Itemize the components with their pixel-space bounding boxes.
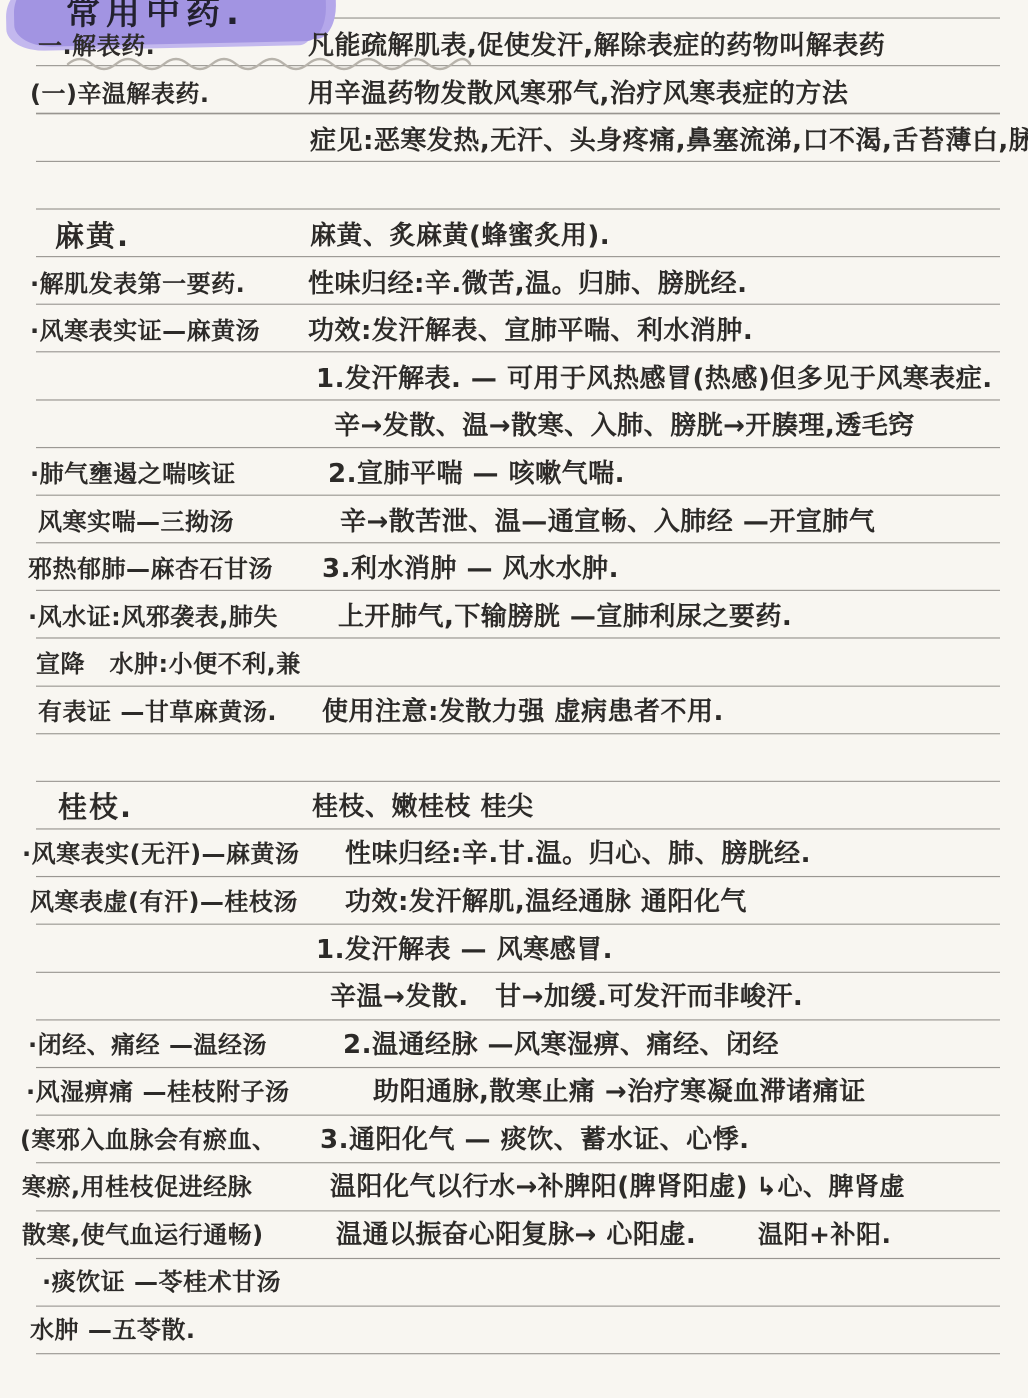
- note-line: 辛温→发散. 甘→加缓.可发汗而非峻汗.: [0, 975, 1028, 1019]
- note-line-right: 3.通阳化气 — 痰饮、蓄水证、心悸.: [320, 1118, 749, 1162]
- note-line: 症见:恶寒发热,无汗、头身疼痛,鼻塞流涕,口不渴,舌苔薄白,脉浮紧: [0, 119, 1028, 163]
- note-line: ·解肌发表第一要药.性味归经:辛.微苦,温。归肺、膀胱经.: [0, 262, 1028, 306]
- note-line-left: ·闭经、痛经 —温经汤: [28, 1023, 267, 1067]
- note-line: 辛→发散、温→散寒、入肺、膀胱→开腠理,透毛窍: [0, 404, 1028, 448]
- note-line: ·风湿痹痛 —桂枝附子汤助阳通脉,散寒止痛 →治疗寒凝血滞诸痛证: [0, 1070, 1028, 1114]
- note-line-right: 症见:恶寒发热,无汗、头身疼痛,鼻塞流涕,口不渴,舌苔薄白,脉浮紧: [310, 119, 1028, 163]
- note-line-left: 邪热郁肺—麻杏石甘汤: [28, 547, 273, 591]
- note-line-left: ·肺气壅遏之喘咳证: [30, 452, 236, 496]
- note-line: 水肿 —五苓散.: [0, 1308, 1028, 1352]
- note-line-right: 性味归经:辛.甘.温。归心、肺、膀胱经.: [345, 832, 811, 876]
- note-line-right: 2.宣肺平喘 — 咳嗽气喘.: [328, 452, 625, 496]
- note-line: 寒瘀,用桂枝促进经脉温阳化气以行水→补脾阳(脾肾阳虚)↳心、脾肾虚: [0, 1165, 1028, 1209]
- note-line-right: 辛温→发散. 甘→加缓.可发汗而非峻汗.: [330, 975, 803, 1019]
- note-line: ·风寒表实(无汗)—麻黄汤性味归经:辛.甘.温。归心、肺、膀胱经.: [0, 832, 1028, 876]
- note-line: 一.解表药.凡能疏解肌表,促使发汗,解除表症的药物叫解表药: [0, 24, 1028, 68]
- note-line: 邪热郁肺—麻杏石甘汤3.利水消肿 — 风水水肿.: [0, 547, 1028, 591]
- note-line-right: 使用注意:发散力强 虚病患者不用.: [322, 690, 724, 734]
- note-line-left: 风寒表虚(有汗)—桂枝汤: [30, 880, 298, 924]
- note-line-left: ·风寒表实证—麻黄汤: [30, 309, 260, 353]
- note-line-left: ·痰饮证 —苓桂术甘汤: [42, 1260, 281, 1304]
- note-line-left: 有表证 —甘草麻黄汤.: [38, 690, 277, 734]
- note-line-far: ↳心、脾肾虚: [756, 1165, 905, 1209]
- note-line-far: 温阳+补阳.: [758, 1213, 891, 1257]
- note-line: 桂枝.桂枝、嫩桂枝 桂尖: [0, 785, 1028, 829]
- note-line-right: 上开肺气,下输膀胱 —宣肺利尿之要药.: [338, 595, 792, 639]
- note-line: 风寒表虚(有汗)—桂枝汤功效:发汗解肌,温经通脉 通阳化气: [0, 880, 1028, 924]
- note-line-right: 2.温通经脉 —风寒湿痹、痛经、闭经: [343, 1023, 779, 1067]
- note-line-left: 散寒,使气血运行通畅): [22, 1213, 264, 1257]
- note-line-right: 桂枝、嫩桂枝 桂尖: [312, 785, 534, 829]
- note-line-left: 麻黄.: [55, 214, 130, 258]
- note-line: 1.发汗解表 — 风寒感冒.: [0, 928, 1028, 972]
- note-line-right: 1.发汗解表 — 风寒感冒.: [316, 928, 613, 972]
- note-line-left: 一.解表药.: [38, 24, 155, 68]
- note-line-left: 风寒实喘—三拗汤: [38, 500, 234, 544]
- note-line-right: 3.利水消肿 — 风水水肿.: [322, 547, 619, 591]
- note-line: ·风水证:风邪袭表,肺失上开肺气,下输膀胱 —宣肺利尿之要药.: [0, 595, 1028, 639]
- note-line: 有表证 —甘草麻黄汤.使用注意:发散力强 虚病患者不用.: [0, 690, 1028, 734]
- note-line: (一)辛温解表药.用辛温药物发散风寒邪气,治疗风寒表症的方法: [0, 72, 1028, 116]
- note-line-right: 功效:发汗解肌,温经通脉 通阳化气: [345, 880, 747, 924]
- note-line-right: 温阳化气以行水→补脾阳(脾肾阳虚): [330, 1165, 748, 1209]
- note-line-left: 寒瘀,用桂枝促进经脉: [22, 1165, 252, 1209]
- note-line: ·肺气壅遏之喘咳证2.宣肺平喘 — 咳嗽气喘.: [0, 452, 1028, 496]
- note-line-left: ·风寒表实(无汗)—麻黄汤: [22, 832, 300, 876]
- note-line: 风寒实喘—三拗汤辛→散苦泄、温—通宣畅、入肺经 —开宣肺气: [0, 500, 1028, 544]
- note-line-right: 功效:发汗解表、宣肺平喘、利水消肿.: [308, 309, 753, 353]
- note-line: 散寒,使气血运行通畅)温通以振奋心阳复脉→ 心阳虚.温阳+补阳.: [0, 1213, 1028, 1257]
- note-line-right: 辛→散苦泄、温—通宣畅、入肺经 —开宣肺气: [340, 500, 875, 544]
- note-line: 1.发汗解表. — 可用于风热感冒(热感)但多见于风寒表症.: [0, 357, 1028, 401]
- note-line-left: 宣降 水肿:小便不利,兼: [36, 642, 301, 686]
- note-line-right: 助阳通脉,散寒止痛 →治疗寒凝血滞诸痛证: [373, 1070, 866, 1114]
- note-line: ·闭经、痛经 —温经汤2.温通经脉 —风寒湿痹、痛经、闭经: [0, 1023, 1028, 1067]
- note-line-right: 辛→发散、温→散寒、入肺、膀胱→开腠理,透毛窍: [334, 404, 915, 448]
- note-line: (寒邪入血脉会有瘀血、3.通阳化气 — 痰饮、蓄水证、心悸.: [0, 1118, 1028, 1162]
- note-line-left: 桂枝.: [58, 785, 133, 829]
- note-line-left: 水肿 —五苓散.: [30, 1308, 195, 1352]
- note-line-left: ·解肌发表第一要药.: [30, 262, 245, 306]
- note-line-right: 麻黄、炙麻黄(蜂蜜炙用).: [310, 214, 610, 258]
- note-line-left: ·风水证:风邪袭表,肺失: [28, 595, 278, 639]
- note-line-right: 凡能疏解肌表,促使发汗,解除表症的药物叫解表药: [308, 24, 885, 68]
- note-line: ·风寒表实证—麻黄汤功效:发汗解表、宣肺平喘、利水消肿.: [0, 309, 1028, 353]
- note-line: ·痰饮证 —苓桂术甘汤: [0, 1260, 1028, 1304]
- note-line-right: 温通以振奋心阳复脉→ 心阳虚.: [336, 1213, 696, 1257]
- note-line-left: (寒邪入血脉会有瘀血、: [20, 1118, 276, 1162]
- note-line-right: 性味归经:辛.微苦,温。归肺、膀胱经.: [308, 262, 748, 306]
- note-line-right: 用辛温药物发散风寒邪气,治疗风寒表症的方法: [308, 72, 848, 116]
- notebook-page: 常用中药. 一.解表药.凡能疏解肌表,促使发汗,解除表症的药物叫解表药(一)辛温…: [0, 0, 1028, 1398]
- note-line-right: 1.发汗解表. — 可用于风热感冒(热感)但多见于风寒表症.: [316, 357, 993, 401]
- note-line: 宣降 水肿:小便不利,兼: [0, 642, 1028, 686]
- note-line: 麻黄.麻黄、炙麻黄(蜂蜜炙用).: [0, 214, 1028, 258]
- note-line-left: ·风湿痹痛 —桂枝附子汤: [26, 1070, 289, 1114]
- note-line-left: (一)辛温解表药.: [30, 72, 210, 116]
